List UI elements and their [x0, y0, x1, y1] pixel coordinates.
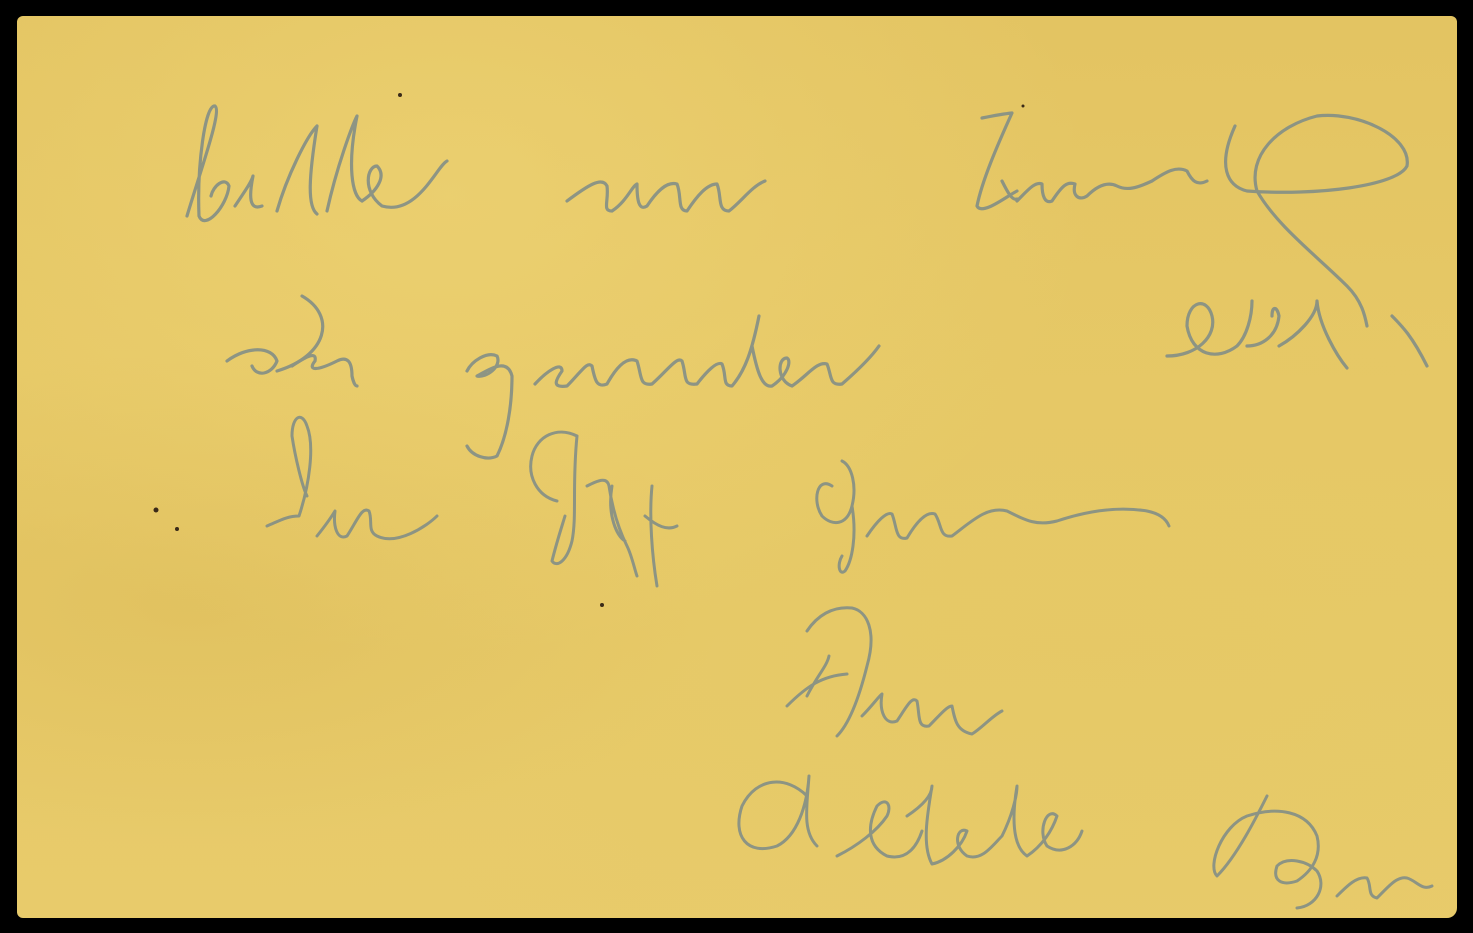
- paper-speck: [600, 603, 604, 607]
- paper-hole: [154, 508, 159, 513]
- line-4-strokes: [787, 608, 1002, 736]
- line-1-strokes: [187, 106, 1407, 326]
- handwriting-strokes: [17, 16, 1457, 918]
- line-3-strokes: [267, 417, 1169, 586]
- paper-speck: [398, 93, 402, 97]
- paper-speck: [1022, 105, 1025, 108]
- postcard: bitte um Zusend der genannten Sach die D…: [17, 16, 1457, 918]
- line-2-strokes: [227, 296, 1427, 458]
- paper-hole: [175, 527, 179, 531]
- line-5-strokes: [739, 776, 1432, 908]
